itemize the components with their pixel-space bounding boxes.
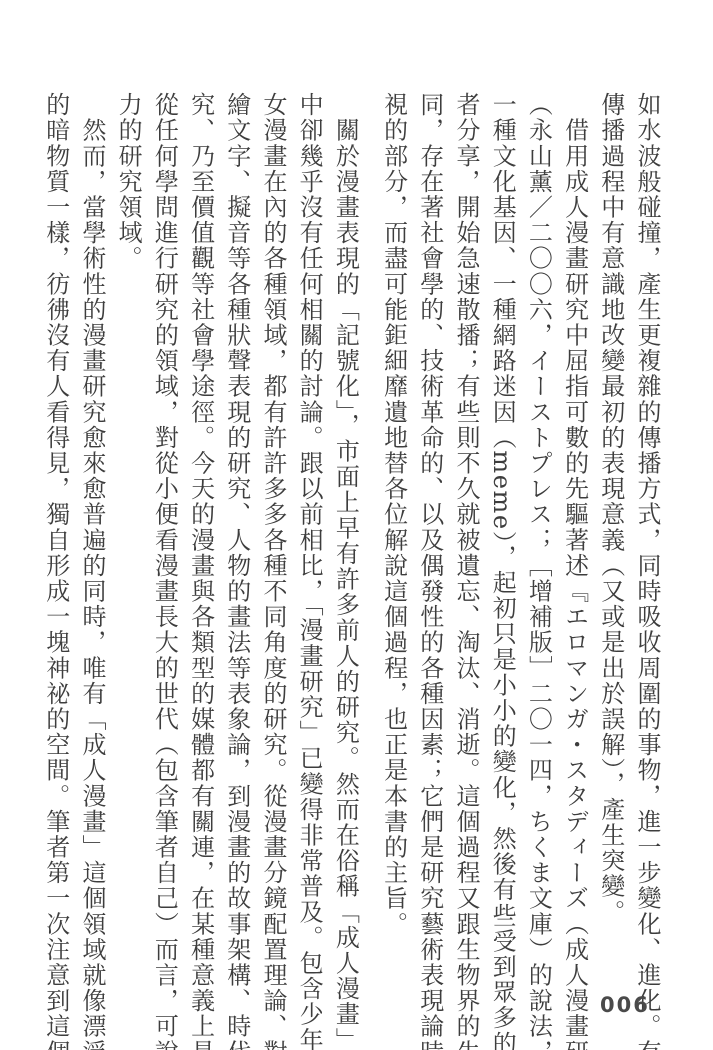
vertical-text-body: 如水波般碰撞，產生更複雜的傳播方式，同時吸收周圍的事物，進一步變化、進化。有時還… <box>38 92 665 902</box>
text-column: 傳播過程中有意識地改變最初的表現意義（又或是出於誤解），產生突變。 <box>593 92 629 902</box>
text-column: 關於漫畫表現的「記號化」，市面上早有許多前人的研究。然而在俗稱「成人漫畫」的領域 <box>327 92 363 902</box>
text-column: 的暗物質一樣，彷彿沒有人看得見，獨自形成一塊神祕的空間。筆者第一次注意到這個現象… <box>38 92 74 902</box>
text-column: 女漫畫在內的各種領域，都有許許多多各種不同角度的研究。從漫畫分鏡配置理論、對話框… <box>255 92 291 902</box>
text-column: 如水波般碰撞，產生更複雜的傳播方式，同時吸收周圍的事物，進一步變化、進化。有時還… <box>629 92 665 902</box>
paragraph-gap <box>363 92 375 902</box>
page-number: 006 <box>600 993 650 1017</box>
book-page: 如水波般碰撞，產生更複雜的傳播方式，同時吸收周圍的事物，進一步變化、進化。有時還… <box>0 0 713 1050</box>
text-column: 力的研究領域。 <box>110 92 146 902</box>
text-column: 繪文字、擬音等各種狀聲表現的研究、人物的畫法等表象論，到漫畫的故事架構、時代設定… <box>219 92 255 902</box>
text-column: 究、乃至價值觀等社會學途徑。今天的漫畫與各類型的媒體都有關連，在某種意義上是一種… <box>182 92 218 902</box>
text-column: 者分享，開始急速散播；有些則不久就被遺忘、淘汰、消逝。這個過程又跟生物界的生存競… <box>448 92 484 902</box>
text-column: 從任何學問進行研究的領域，對從小便看漫畫長大的世代（包含筆者自己）而言，可說是充… <box>146 92 182 902</box>
text-column: 視的部分，而盡可能鉅細靡遺地替各位解說這個過程，也正是本書的主旨。 <box>375 92 411 902</box>
text-column: 然而，當學術性的漫畫研究愈來愈普遍的同時，唯有「成人漫畫」這個領域就像漂浮在宇宙 <box>74 92 110 902</box>
text-column: 一種文化基因、一種網路迷因（meme），起初只是小小的變化，然後有些受到眾多的作… <box>484 92 520 902</box>
text-column: 中卻幾乎沒有任何相關的討論。跟以前相比，「漫畫研究」已變得非常普及。包含少年漫畫… <box>291 92 327 902</box>
text-column: 借用成人漫畫研究中屈指可數的先驅著述『エロマンガ・スタディーズ（成人漫畫研析）』 <box>556 92 592 902</box>
text-column: （永山薰／二〇〇六，イーストプレス；［增補版］二〇一四，ちくま文庫）的說法，這就… <box>520 92 556 902</box>
text-column: 同，存在著社會學的、技術革命的、以及偶發性的各種因素；它們是研究藝術表現論時絕不… <box>412 92 448 902</box>
